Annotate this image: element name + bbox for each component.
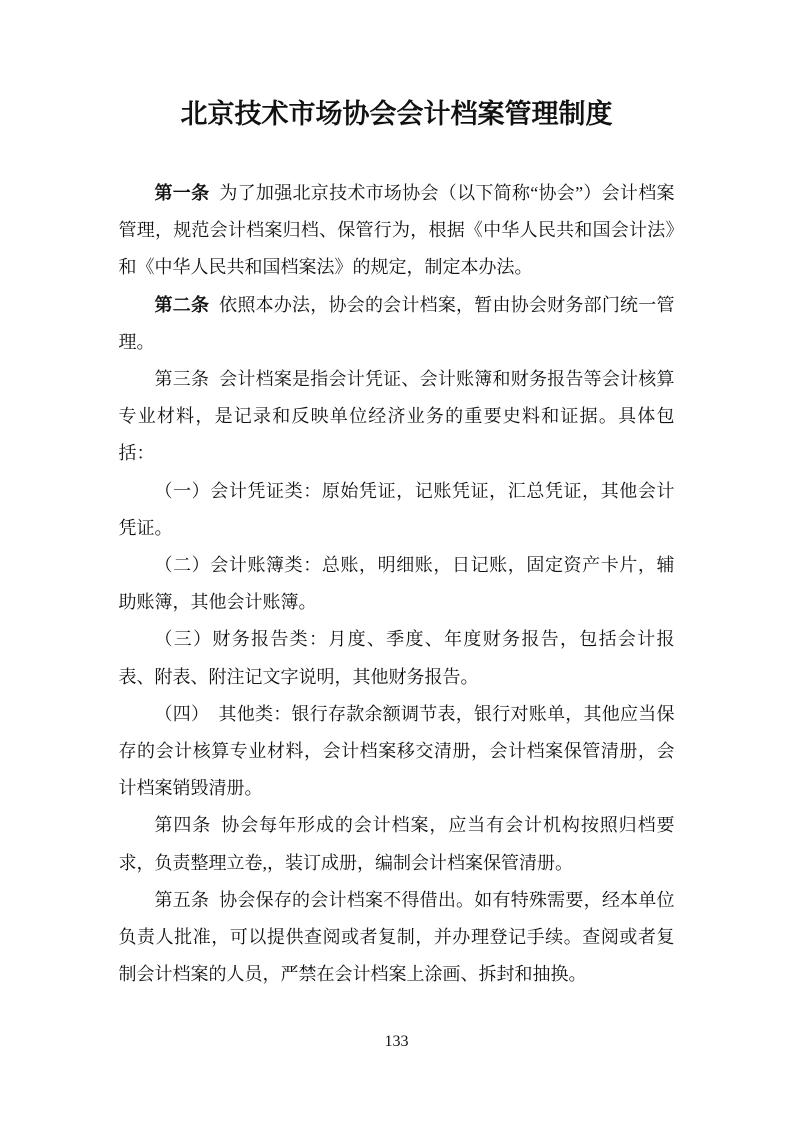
paragraph: 第四条协会每年形成的会计档案，应当有会计机构按照归档要求，负责整理立卷,，装订成…	[119, 807, 675, 881]
paragraph: 第五条协会保存的会计档案不得借出。如有特殊需要，经本单位负责人批准，可以提供查阅…	[119, 882, 675, 994]
paragraph: （四） 其他类：银行存款余额调节表，银行对账单，其他应当保存的会计核算专业材料，…	[119, 696, 675, 808]
article-label: 第四条	[155, 815, 212, 835]
paragraph-text: （四） 其他类：银行存款余额调节表，银行对账单，其他应当保存的会计核算专业材料，…	[119, 704, 675, 798]
article-label: 第五条	[155, 890, 210, 910]
paragraph: 第二条依照本办法，协会的会计档案，暂由协会财务部门统一管理。	[119, 287, 675, 361]
paragraph: （二）会计账簿类：总账，明细账，日记账，固定资产卡片，辅助账簿，其他会计账簿。	[119, 547, 675, 621]
article-label: 第三条	[155, 369, 210, 389]
paragraph: 第一条为了加强北京技术市场协会（以下简称“协会”）会计档案管理，规范会计档案归档…	[119, 175, 675, 287]
paragraph-text: （一）会计凭证类：原始凭证，记账凭证，汇总凭证，其他会计凭证。	[119, 481, 675, 538]
page-number: 133	[0, 1032, 793, 1052]
article-label: 第一条	[155, 183, 210, 203]
paragraph-text: （三）财务报告类：月度、季度、年度财务报告，包括会计报表、附表、附注记文字说明，…	[119, 629, 675, 686]
paragraph-text: （二）会计账簿类：总账，明细账，日记账，固定资产卡片，辅助账簿，其他会计账簿。	[119, 555, 675, 612]
document-title: 北京技术市场协会会计档案管理制度	[0, 0, 793, 134]
paragraph: （一）会计凭证类：原始凭证，记账凭证，汇总凭证，其他会计凭证。	[119, 473, 675, 547]
paragraph: 第三条会计档案是指会计凭证、会计账簿和财务报告等会计核算专业材料，是记录和反映单…	[119, 361, 675, 473]
document-page: 北京技术市场协会会计档案管理制度 第一条为了加强北京技术市场协会（以下简称“协会…	[0, 0, 793, 1122]
paragraph: （三）财务报告类：月度、季度、年度财务报告，包括会计报表、附表、附注记文字说明，…	[119, 621, 675, 695]
article-label: 第二条	[155, 295, 210, 315]
document-body: 第一条为了加强北京技术市场协会（以下简称“协会”）会计档案管理，规范会计档案归档…	[119, 175, 675, 993]
